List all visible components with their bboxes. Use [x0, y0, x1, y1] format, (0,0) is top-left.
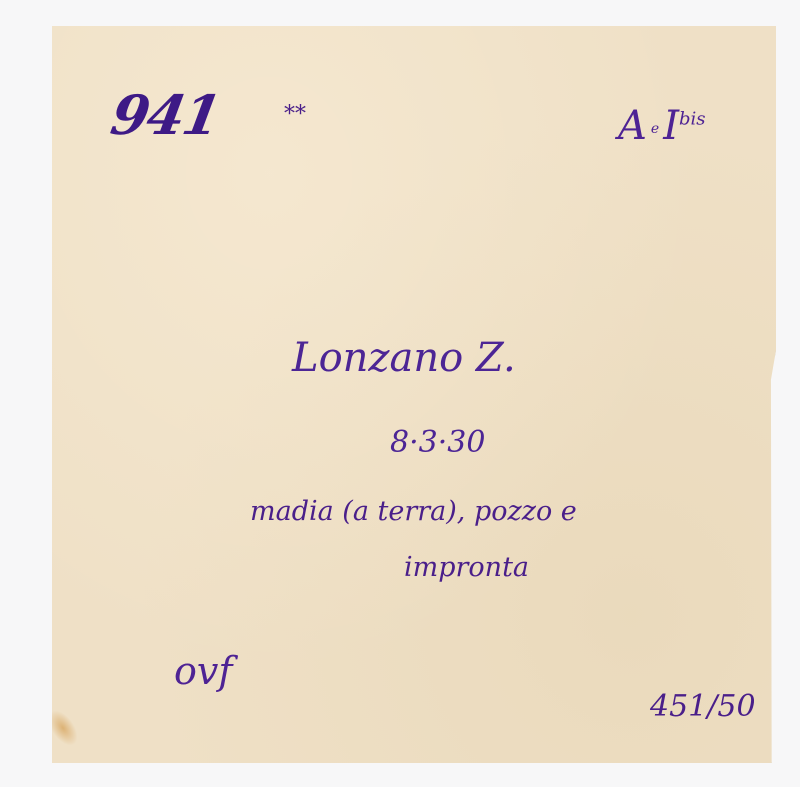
series-code-suffix: bis [679, 109, 706, 130]
catalog-marks: ** [284, 104, 306, 126]
series-code-connector: e [651, 121, 659, 137]
initials-signature: ovf [174, 652, 232, 690]
series-code: AeIbis [618, 106, 706, 146]
water-stain [43, 705, 84, 750]
series-code-roman: I [663, 103, 679, 149]
series-code-main: A [618, 103, 647, 149]
description-line-1: madia (a terra), pozzo e [250, 498, 577, 525]
archival-label-card: 941 ** AeIbis Lonzano Z. 8·3·30 madia (a… [52, 26, 776, 763]
date: 8·3·30 [390, 428, 485, 458]
inventory-reference: 451/50 [650, 692, 756, 722]
description-line-2: impronta [404, 554, 529, 581]
catalog-number: 941 [107, 88, 223, 142]
locality-name: Lonzano Z. [292, 338, 516, 378]
